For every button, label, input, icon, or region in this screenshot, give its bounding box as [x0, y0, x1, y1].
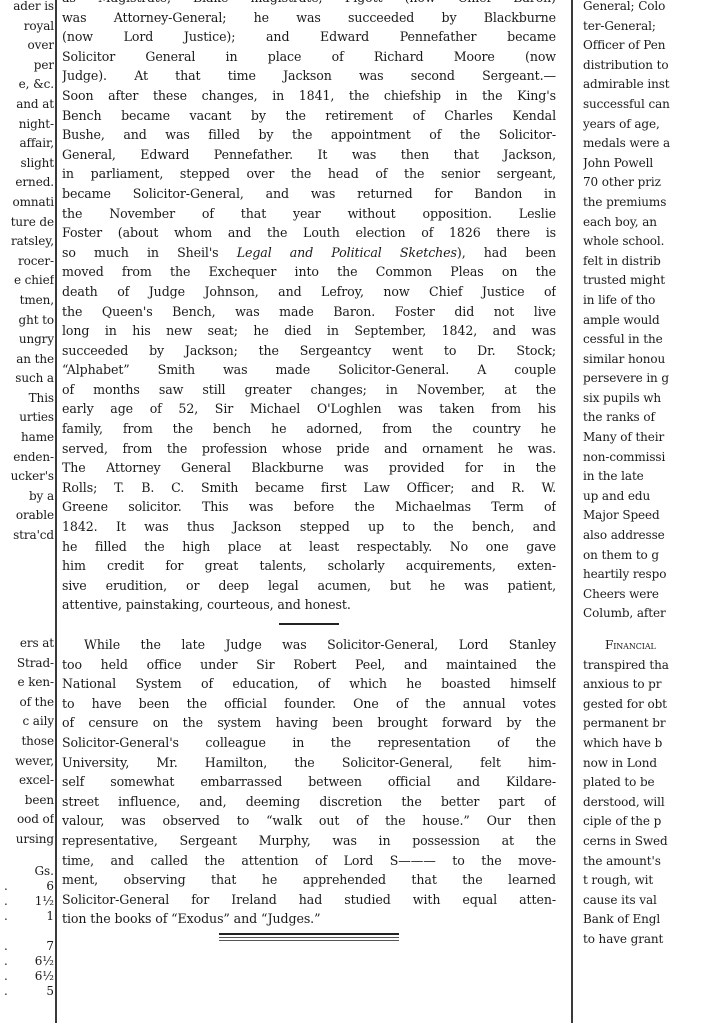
- text-line: cause its val: [583, 891, 701, 911]
- section-separator-rule: [279, 623, 339, 625]
- text-line: orable: [0, 506, 54, 526]
- text-line: each boy, an: [583, 213, 701, 233]
- leader-dot: .: [4, 939, 34, 954]
- text-line: Judge). At that time Jackson was second …: [62, 66, 556, 86]
- text-line: of censure on the system having been bro…: [62, 713, 556, 733]
- price-table-row: .1½: [0, 894, 54, 909]
- text-line: family, from the bench he adorned, from …: [62, 419, 556, 439]
- text-line: moved from the Exchequer into the Common…: [62, 262, 556, 282]
- price-table-row: .6: [0, 879, 54, 894]
- price-table-header: Gs.: [0, 864, 54, 879]
- text-line: Bench became vacant by the retirement of…: [62, 106, 556, 126]
- text-line: of months saw still greater changes; in …: [62, 380, 556, 400]
- text-line: on them to g: [583, 546, 701, 566]
- text-line: This: [0, 389, 54, 409]
- price-table-row: [0, 924, 54, 939]
- text-line: also addresse: [583, 526, 701, 546]
- text-line: ratsley,: [0, 232, 54, 252]
- leader-dot: .: [4, 909, 34, 924]
- text-line: ter-General;: [583, 17, 701, 37]
- text-line: of the: [0, 693, 54, 713]
- text-line: rocer-: [0, 252, 54, 272]
- text-line: hame: [0, 428, 54, 448]
- text-line: felt in distrib: [583, 252, 701, 272]
- text-line: the premiums: [583, 193, 701, 213]
- text-line: ungry: [0, 330, 54, 350]
- text-line: Soon after these changes, in 1841, the c…: [62, 86, 556, 106]
- text-line: slight: [0, 154, 54, 174]
- right-column-text-top: General; Coloter-General;Officer of Pend…: [583, 0, 701, 624]
- column-divider-right: [571, 0, 573, 1023]
- book-title: Legal and Political Sketches: [237, 245, 457, 260]
- left-column: ader isroyaloverpere, &c.and atnight-aff…: [0, 0, 54, 999]
- leader-dot: .: [4, 894, 34, 909]
- text-line: Bushe, and was filled by the appointment…: [62, 125, 556, 145]
- text-line: persevere in g: [583, 369, 701, 389]
- text-line: 1842. It was thus Jackson stepped up to …: [62, 517, 556, 537]
- text-line: ers at: [0, 634, 54, 654]
- text-line: successful can: [583, 95, 701, 115]
- price-table: .6.1½.1.7.6½.6½.5: [0, 879, 54, 999]
- main-article-column: as Magistrate, Blake magistrate; Pigott …: [62, 0, 556, 943]
- text-line: representative, Sergeant Murphy, was in …: [62, 831, 556, 851]
- text-line: ght to: [0, 311, 54, 331]
- left-column-text-top: ader isroyaloverpere, &c.and atnight-aff…: [0, 0, 54, 546]
- text-line: early age of 52, Sir Michael O'Loghlen w…: [62, 399, 556, 419]
- text-line: medals were a: [583, 134, 701, 154]
- text-line: The Attorney General Blackburne was prov…: [62, 458, 556, 478]
- text-line: was Attorney-General; he was succeeded b…: [62, 8, 556, 28]
- text-line: the November of that year without opposi…: [62, 204, 556, 224]
- text-line: years of age,: [583, 115, 701, 135]
- text-line: cessful in the: [583, 330, 701, 350]
- text-line: ample would: [583, 311, 701, 331]
- text-line: t rough, wit: [583, 871, 701, 891]
- financial-heading: Financial: [583, 636, 701, 656]
- left-column-text-middle: ers atStrad-e ken-of thec ailythosewever…: [0, 634, 54, 850]
- text-line: Columb, after: [583, 604, 701, 624]
- text-line: anxious to pr: [583, 675, 701, 695]
- text-line: non-commissi: [583, 448, 701, 468]
- text-line: heartily respo: [583, 565, 701, 585]
- text-line: long in his new seat; he died in Septemb…: [62, 321, 556, 341]
- text-line: ment, observing that he apprehended that…: [62, 870, 556, 890]
- text-line: derstood, will: [583, 793, 701, 813]
- leader-dot: .: [4, 984, 34, 999]
- text-line: wever,: [0, 752, 54, 772]
- text-line: Rolls; T. B. C. Smith became first Law O…: [62, 478, 556, 498]
- text-line: which have b: [583, 734, 701, 754]
- text-line: became Solicitor-General, and was return…: [62, 184, 556, 204]
- text-line: over: [0, 36, 54, 56]
- text-line: (now Lord Justice); and Edward Pennefath…: [62, 27, 556, 47]
- text-line: royal: [0, 17, 54, 37]
- column-divider-left: [55, 0, 57, 1023]
- text-line: affair,: [0, 134, 54, 154]
- text-line: “Alphabet” Smith was made Solicitor-Gene…: [62, 360, 556, 380]
- price-value: 6½: [34, 954, 54, 969]
- text-line: now in Lond: [583, 754, 701, 774]
- text-line: Solicitor-General for Ireland had studie…: [62, 890, 556, 910]
- text-line: an the: [0, 350, 54, 370]
- text-line: e ken-: [0, 673, 54, 693]
- text-line: ursing: [0, 830, 54, 850]
- text-line: similar honou: [583, 350, 701, 370]
- text-line: night-: [0, 115, 54, 135]
- text-line: stra'cd: [0, 526, 54, 546]
- text-line: ucker's: [0, 467, 54, 487]
- text-line: in parliament, stepped over the head of …: [62, 164, 556, 184]
- text-line: the amount's: [583, 852, 701, 872]
- text-line: ood of: [0, 810, 54, 830]
- leader-dot: .: [4, 879, 34, 894]
- leader-dot: [4, 924, 34, 939]
- text-line: Cheers were: [583, 585, 701, 605]
- price-value: 6½: [34, 969, 54, 984]
- text-line: so much in Sheil's Legal and Political S…: [62, 243, 556, 263]
- text-line: While the late Judge was Solicitor-Gener…: [62, 635, 556, 655]
- text-line: time, and called the attention of Lord S…: [62, 851, 556, 871]
- text-line: Foster (about whom and the Louth electio…: [62, 223, 556, 243]
- text-line: ciple of the p: [583, 812, 701, 832]
- text-line: enden-: [0, 448, 54, 468]
- text-line: Greene solicitor. This was before the Mi…: [62, 497, 556, 517]
- price-table-row: .6½: [0, 969, 54, 984]
- text-line: and at: [0, 95, 54, 115]
- price-value: 1: [34, 909, 54, 924]
- text-line: served, from the profession whose pride …: [62, 439, 556, 459]
- right-column: General; Coloter-General;Officer of Pend…: [583, 0, 701, 950]
- price-table-row: .6½: [0, 954, 54, 969]
- text-line: by a: [0, 487, 54, 507]
- text-line: such a: [0, 369, 54, 389]
- text-line: street influence, and, deeming discretio…: [62, 792, 556, 812]
- text-line: Officer of Pen: [583, 36, 701, 56]
- text-line: permanent br: [583, 714, 701, 734]
- text-line: tion the books of “Exodus” and “Judges.”: [62, 909, 556, 929]
- text-line: gested for obt: [583, 695, 701, 715]
- text-line: ader is: [0, 0, 54, 17]
- text-line: admirable inst: [583, 75, 701, 95]
- price-table-row: .1: [0, 909, 54, 924]
- text-line: National System of education, of which h…: [62, 674, 556, 694]
- text-line: Solicitor General in place of Richard Mo…: [62, 47, 556, 67]
- article-end-rule: [219, 933, 399, 941]
- text-line: those: [0, 732, 54, 752]
- text-line: Solicitor-General's colleague in the rep…: [62, 733, 556, 753]
- text-line: cerns in Swed: [583, 832, 701, 852]
- text-line: as Magistrate, Blake magistrate; Pigott …: [62, 0, 556, 8]
- text-line: him credit for great talents, scholarly …: [62, 556, 556, 576]
- text-line: been: [0, 791, 54, 811]
- text-line: succeeded by Jackson; the Sergeantcy wen…: [62, 341, 556, 361]
- text-line: plated to be: [583, 773, 701, 793]
- text-line: Many of their: [583, 428, 701, 448]
- text-line: ture de: [0, 213, 54, 233]
- text-line: excel-: [0, 771, 54, 791]
- price-value: 6: [34, 879, 54, 894]
- right-column-text-bottom: transpired thaanxious to prgested for ob…: [583, 656, 701, 950]
- text-line: e, &c.: [0, 75, 54, 95]
- text-line: University, Mr. Hamilton, the Solicitor-…: [62, 753, 556, 773]
- text-line: self somewhat embarrassed between offici…: [62, 772, 556, 792]
- text-line: transpired tha: [583, 656, 701, 676]
- price-value: 1½: [34, 894, 54, 909]
- price-value: [34, 924, 54, 939]
- text-line: per: [0, 56, 54, 76]
- text-line: to have grant: [583, 930, 701, 950]
- text-line: e chief: [0, 271, 54, 291]
- article-paragraph-1: as Magistrate, Blake magistrate; Pigott …: [62, 0, 556, 615]
- article-paragraph-2: While the late Judge was Solicitor-Gener…: [62, 635, 556, 929]
- text-line: up and edu: [583, 487, 701, 507]
- leader-dot: .: [4, 954, 34, 969]
- text-line: John Powell: [583, 154, 701, 174]
- text-line: General, Edward Pennefather. It was then…: [62, 145, 556, 165]
- text-line: the ranks of: [583, 408, 701, 428]
- text-line: to have been the official founder. One o…: [62, 694, 556, 714]
- text-line: attentive, painstaking, courteous, and h…: [62, 595, 556, 615]
- text-line: whole school.: [583, 232, 701, 252]
- text-line: the Queen's Bench, was made Baron. Foste…: [62, 302, 556, 322]
- text-line: Major Speed: [583, 506, 701, 526]
- text-line: six pupils wh: [583, 389, 701, 409]
- leader-dot: .: [4, 969, 34, 984]
- text-line: 70 other priz: [583, 173, 701, 193]
- text-line: Bank of Engl: [583, 910, 701, 930]
- text-line: erned.: [0, 173, 54, 193]
- price-table-row: .5: [0, 984, 54, 999]
- text-line: omnati: [0, 193, 54, 213]
- text-line: in life of tho: [583, 291, 701, 311]
- text-line: General; Colo: [583, 0, 701, 17]
- text-line: trusted might: [583, 271, 701, 291]
- text-line: valour, was observed to “walk out of the…: [62, 811, 556, 831]
- price-value: 7: [34, 939, 54, 954]
- text-line: sive erudition, or deep legal acumen, bu…: [62, 576, 556, 596]
- text-line: distribution to: [583, 56, 701, 76]
- price-table-row: .7: [0, 939, 54, 954]
- text-line: he filled the high place at least respec…: [62, 537, 556, 557]
- text-line: Strad-: [0, 654, 54, 674]
- text-line: urties: [0, 408, 54, 428]
- text-line: tmen,: [0, 291, 54, 311]
- text-line: too held office under Sir Robert Peel, a…: [62, 655, 556, 675]
- price-value: 5: [34, 984, 54, 999]
- text-line: death of Judge Johnson, and Lefroy, now …: [62, 282, 556, 302]
- text-line: in the late: [583, 467, 701, 487]
- text-line: c aily: [0, 712, 54, 732]
